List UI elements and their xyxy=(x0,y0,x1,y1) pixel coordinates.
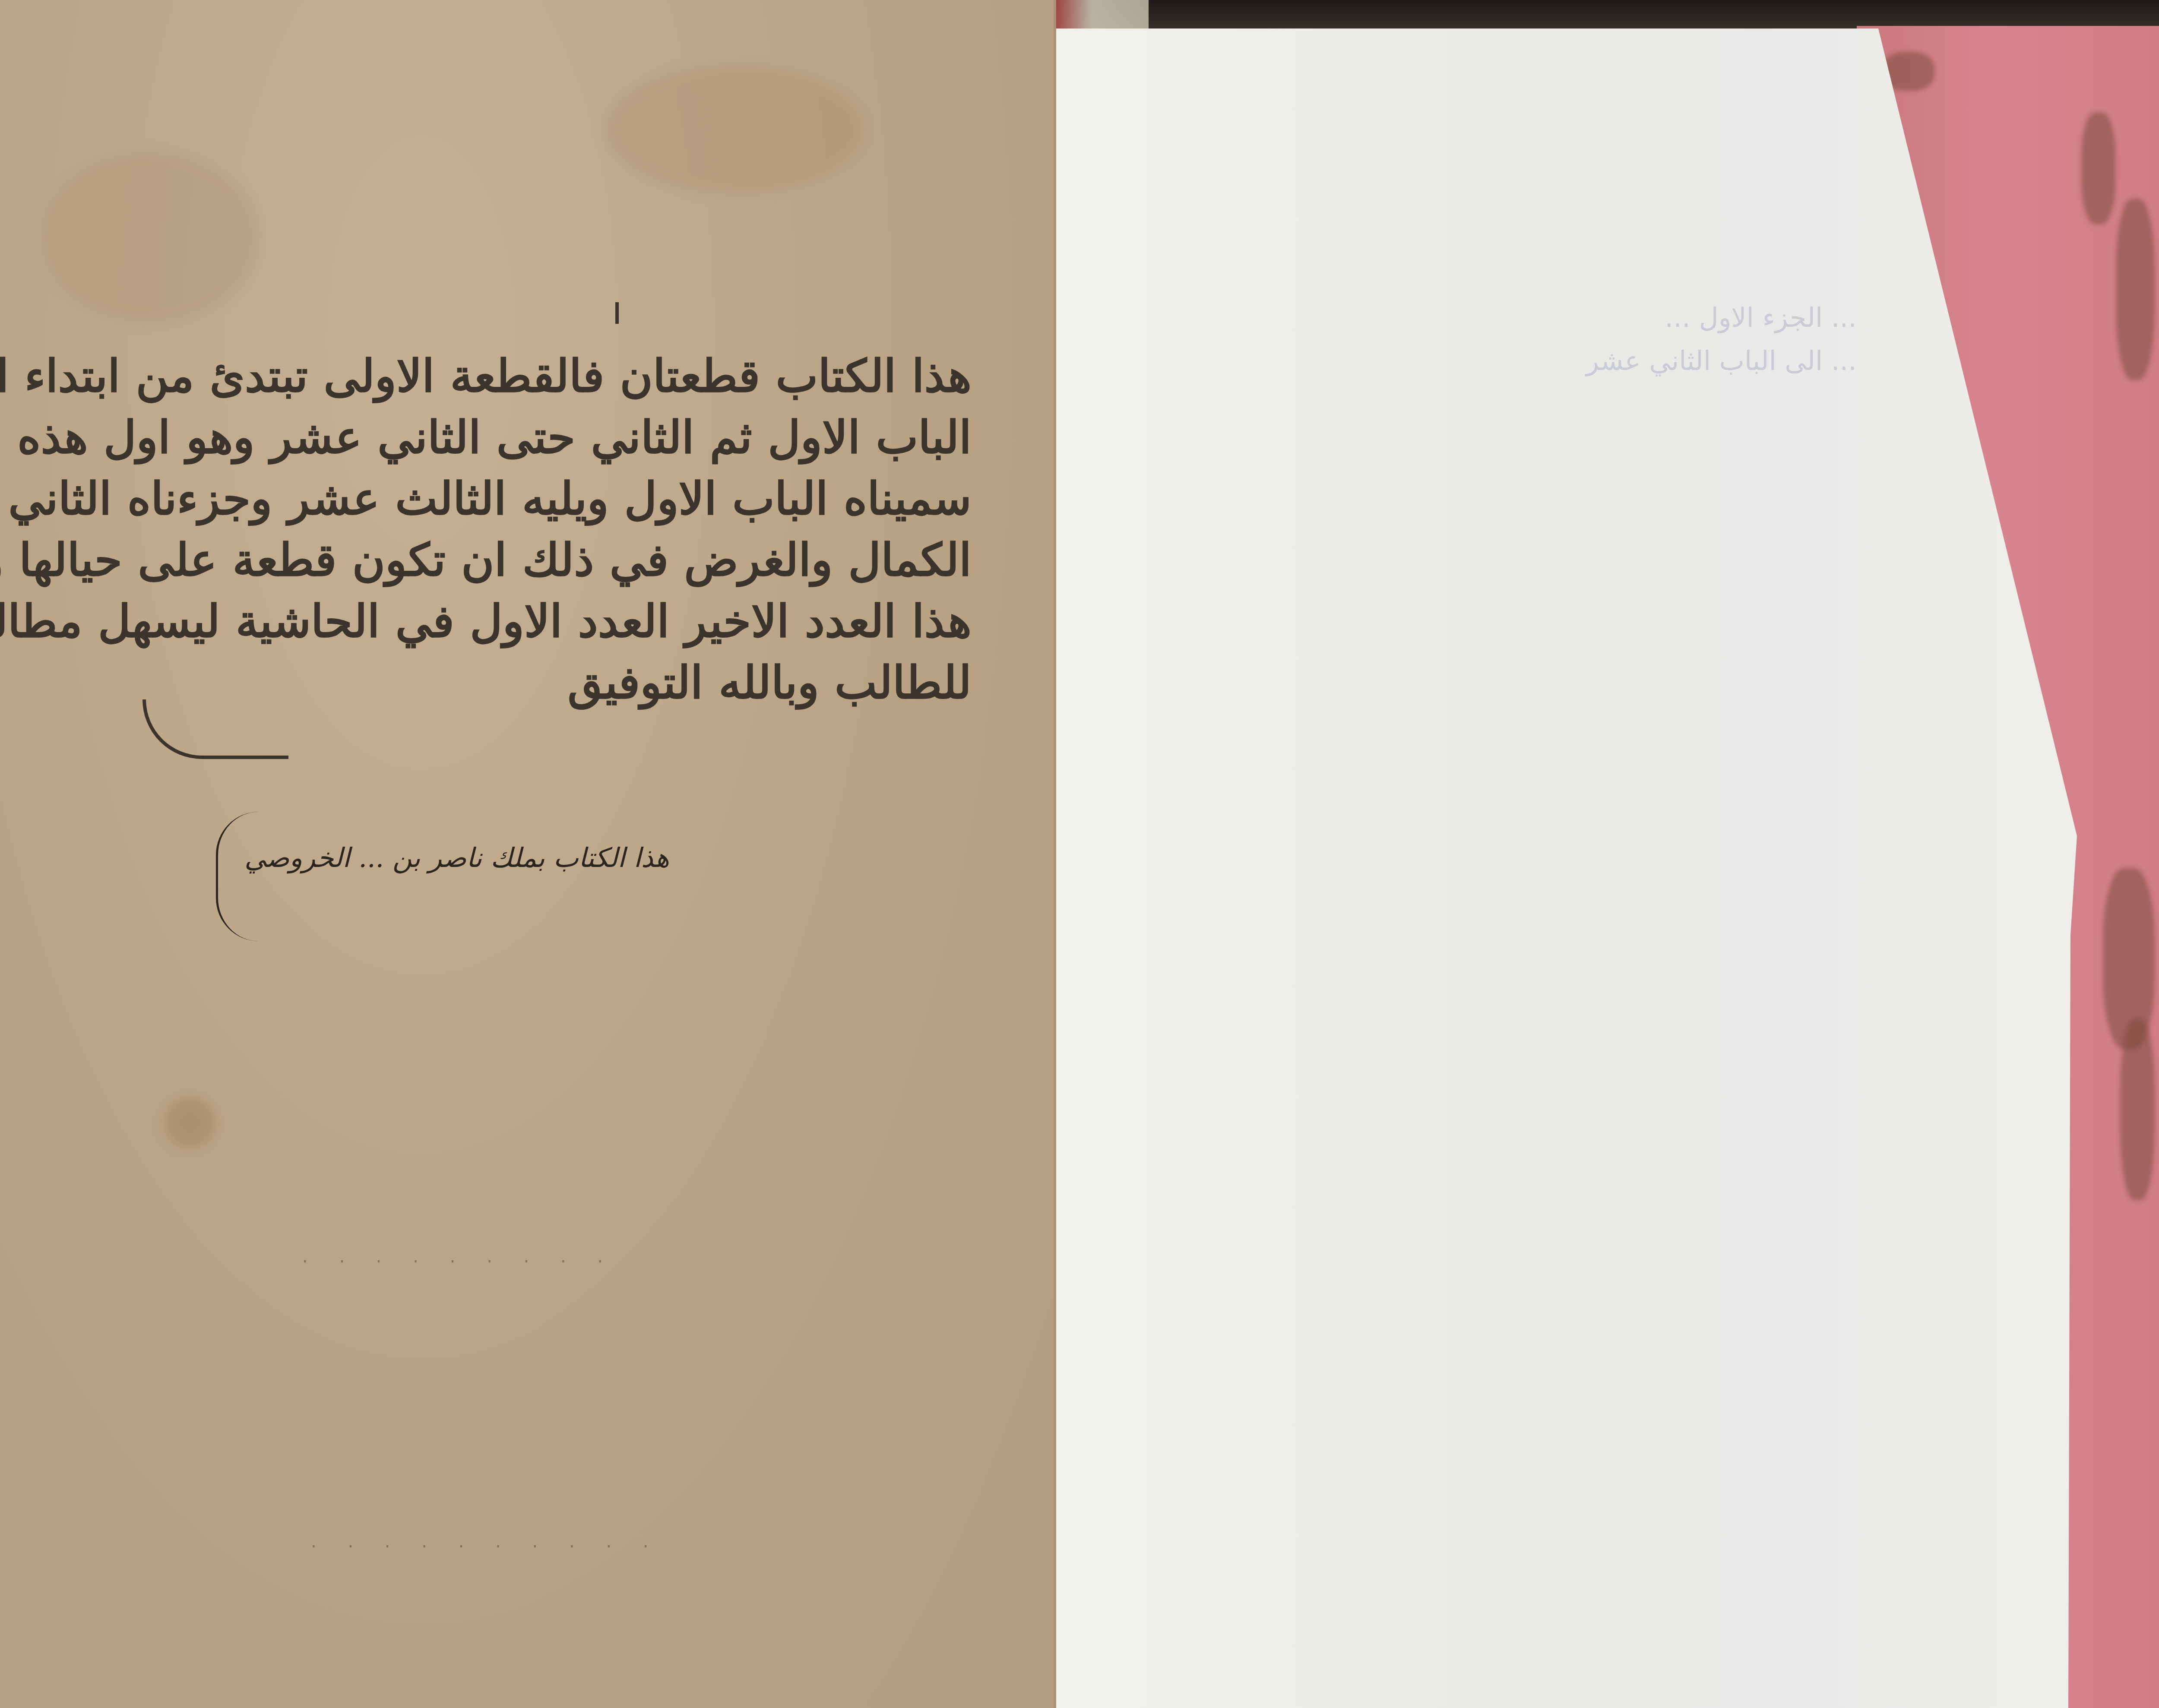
left-manuscript-page: هذا الكتاب قطعتان فالقطعة الاولى تبتدئ م… xyxy=(0,0,1056,1708)
text-line: هذا العدد الاخير العدد الاول في الحاشية … xyxy=(134,591,972,652)
stain xyxy=(43,151,259,324)
ink-bleed: · · · · · · · · · xyxy=(302,1252,616,1272)
stain xyxy=(164,1097,216,1148)
text-line: الكمال والغرض في ذلك ان تكون قطعة على حي… xyxy=(134,529,972,591)
white-flyleaf: ... الجزء الاول ... ... الى الباب الثاني… xyxy=(1036,28,2081,1708)
pencil-note: ... الجزء الاول ... ... الى الباب الثاني… xyxy=(1369,296,1857,383)
stain xyxy=(2116,199,2155,380)
main-text-block: هذا الكتاب قطعتان فالقطعة الاولى تبتدئ م… xyxy=(134,345,972,713)
text-line: هذا الكتاب قطعتان فالقطعة الاولى تبتدئ م… xyxy=(134,345,972,407)
page-number-mark xyxy=(615,302,619,324)
pencil-line: ... الجزء الاول ... xyxy=(1369,296,1857,339)
binding-thread xyxy=(1054,0,1149,30)
signature-flourish xyxy=(216,812,270,941)
stain xyxy=(2120,1019,2155,1200)
stain xyxy=(605,65,864,194)
ownership-note: هذا الكتاب بملك ناصر بن ... الخروصي xyxy=(216,842,669,873)
manuscript-scan: ... الجزء الاول ... ... الى الباب الثاني… xyxy=(0,0,2159,1708)
text-line: سميناه الباب الاول ويليه الثالث عشر وجزء… xyxy=(134,468,972,529)
ink-bleed: · · · · · · · · · · xyxy=(311,1537,662,1557)
calligraphic-flourish xyxy=(142,699,288,759)
stain xyxy=(2081,112,2116,225)
stain xyxy=(2103,868,2155,1049)
text-line: الباب الاول ثم الثاني حتى الثاني عشر وهو… xyxy=(134,407,972,468)
pencil-line: ... الى الباب الثاني عشر xyxy=(1369,339,1857,383)
